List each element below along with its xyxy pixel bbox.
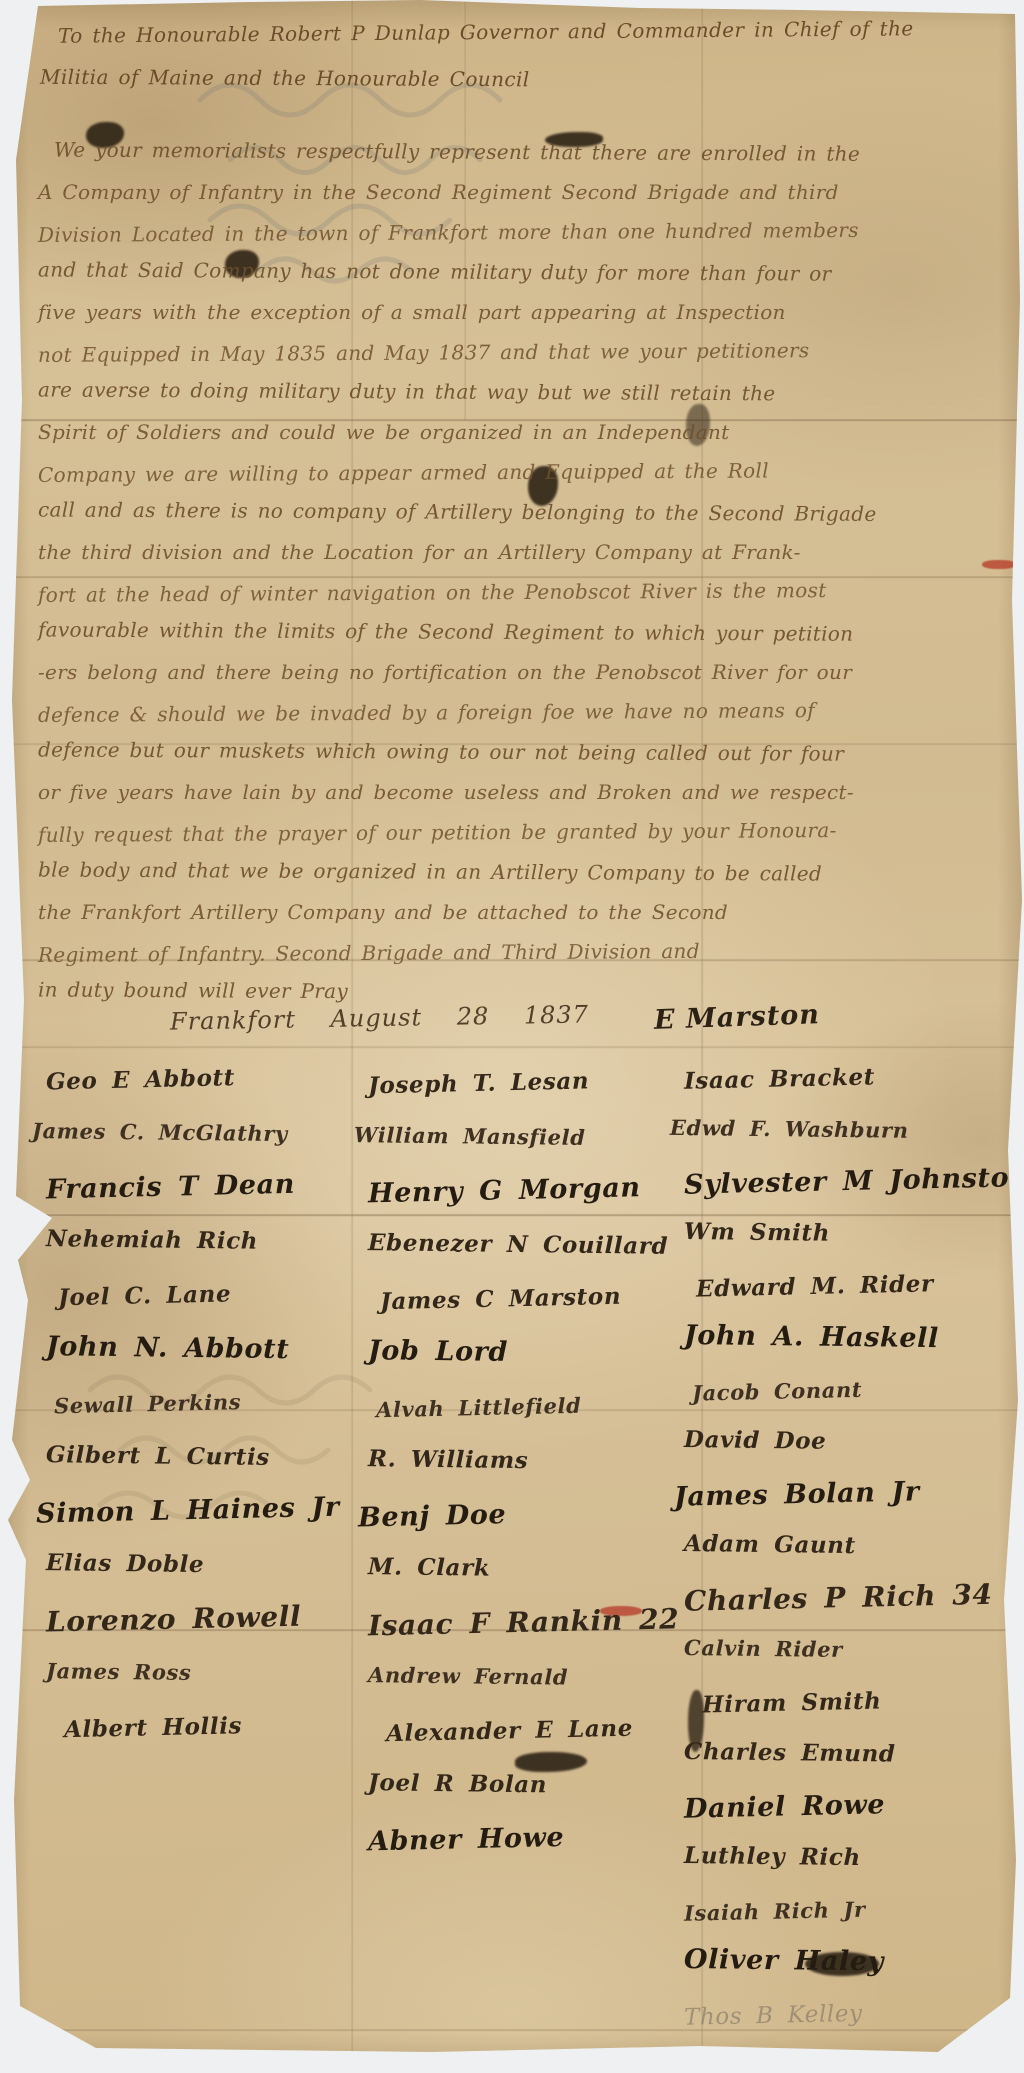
signature: Alexander E Lane (385, 1701, 668, 1761)
signature: Charles P Rich 34 (683, 1568, 1014, 1627)
signature: John A. Haskell (684, 1310, 1015, 1366)
signature: Luthley Rich (684, 1830, 1015, 1886)
signature-column-3: Isaac BracketEdwd F. WashburnSylvester M… (684, 1052, 1014, 2040)
signature: William Mansfield (354, 1108, 669, 1166)
signature: Oliver Haley (684, 1934, 1015, 1990)
signature: Abner Howe (367, 1809, 668, 1870)
signature: M. Clark (368, 1540, 669, 1598)
petition-body-line: or five years have lain by and become us… (38, 772, 998, 812)
petition-body-line: fully request that the prayer of our pet… (38, 809, 998, 855)
petition-body-line: the third division and the Location for … (38, 532, 998, 572)
signature: John N. Abbott (46, 1320, 352, 1378)
signature: Sylvester M Johnston (683, 1152, 1014, 1211)
signature: Thos B Kelley (683, 1984, 1014, 2043)
signature: James C. McGlathry (32, 1104, 352, 1162)
signature: Hiram Smith (701, 1672, 1014, 1731)
signature: Isaac F Rankin 22 (367, 1593, 668, 1654)
signature: James Ross (46, 1644, 352, 1702)
signature: Charles Emund (684, 1726, 1015, 1782)
petition-body-line: call and as there is no company of Artil… (38, 489, 998, 534)
petition-body-line: not Equipped in May 1835 and May 1837 an… (38, 329, 998, 375)
signature: Wm Smith (684, 1206, 1015, 1262)
petition-body: We your memorialists respectfully repres… (38, 132, 998, 1012)
petition-body-line: and that Said Company has not done milit… (38, 249, 998, 294)
signature: Isaiah Rich Jr (683, 1880, 1014, 1939)
dateline-first-signature: E Marston (654, 999, 821, 1036)
petition-body-line: A Company of Infantry in the Second Regi… (38, 172, 998, 212)
signature-column-2: Joseph T. LesanWilliam MansfieldHenry G … (368, 1056, 668, 1866)
petition-body-line: favourable within the limits of the Seco… (38, 609, 998, 654)
dateline: Frankfort August 28 1837 E Marston (170, 1002, 970, 1033)
signature: Edward M. Rider (695, 1256, 1014, 1315)
signature: Nehemiah Rich (46, 1212, 352, 1270)
scanned-petition-page: { "document": { "title": "Petition for t… (0, 0, 1024, 2073)
signature: Jacob Conant (691, 1360, 1014, 1419)
petition-body-line: Division Located in the town of Frankfor… (38, 209, 998, 255)
signature: Job Lord (368, 1324, 669, 1382)
petition-body-line: Spirit of Soldiers and could we be organ… (38, 412, 998, 452)
petition-body-line: five years with the exception of a small… (38, 292, 998, 332)
signature: Adam Gaunt (684, 1518, 1015, 1574)
signature-column-1: Geo E AbbottJames C. McGlathryFrancis T … (46, 1052, 351, 1754)
petition-body-line: are averse to doing military duty in tha… (38, 369, 998, 414)
signature: Francis T Dean (45, 1157, 351, 1218)
salutation-line-2: Militia of Maine and the Honourable Coun… (40, 65, 530, 92)
petition-body-line: defence but our muskets which owing to o… (38, 729, 998, 774)
petition-body-line: the Frankfort Artillery Company and be a… (38, 892, 998, 932)
signature: James Bolan Jr (673, 1464, 1014, 1524)
signature: James C Marston (379, 1269, 668, 1330)
signature: R. Williams (368, 1432, 669, 1490)
petition-body-line: Company we are willing to appear armed a… (38, 449, 998, 495)
signature: Joel R Bolan (368, 1756, 669, 1814)
signature: Lorenzo Rowell (45, 1589, 351, 1650)
petition-body-line: ble body and that we be organized in an … (38, 849, 998, 894)
signature: Sewall Perkins (53, 1373, 351, 1434)
signature: Daniel Rowe (683, 1776, 1014, 1835)
signature: Albert Hollis (63, 1697, 351, 1757)
signature: Isaac Bracket (683, 1048, 1014, 1107)
signature: Simon L Haines Jr (35, 1480, 351, 1541)
signature: Elias Doble (46, 1536, 352, 1594)
petition-body-line: -ers belong and there being no fortifica… (38, 652, 998, 692)
signature: Edwd F. Washburn (670, 1102, 1015, 1158)
petition-paper: To the Honourable Robert P Dunlap Govern… (0, 0, 1024, 2073)
fold-crease (0, 1045, 1024, 1049)
dateline-place-date: Frankfort August 28 1837 (170, 1000, 589, 1035)
signature: Joel C. Lane (57, 1265, 351, 1326)
signature: Geo E Abbott (45, 1049, 351, 1110)
signature: Ebenezer N Couillard (368, 1216, 669, 1274)
petition-body-line: Regiment of Infantry. Second Brigade and… (38, 929, 998, 975)
signature: Henry G Morgan (367, 1161, 668, 1222)
signature: Joseph T. Lesan (367, 1053, 668, 1114)
signature: Andrew Fernald (368, 1648, 669, 1706)
petition-body-line: fort at the head of winter navigation on… (38, 569, 998, 615)
petition-body-line: We your memorialists respectfully repres… (38, 129, 998, 174)
signature: Gilbert L Curtis (46, 1428, 352, 1486)
signature: Benj Doe (357, 1484, 668, 1545)
signature: David Doe (684, 1414, 1015, 1470)
signature: Alvah Littlefield (375, 1377, 668, 1438)
signature: Calvin Rider (684, 1622, 1015, 1678)
petition-body-line: defence & should we be invaded by a fore… (38, 689, 998, 735)
